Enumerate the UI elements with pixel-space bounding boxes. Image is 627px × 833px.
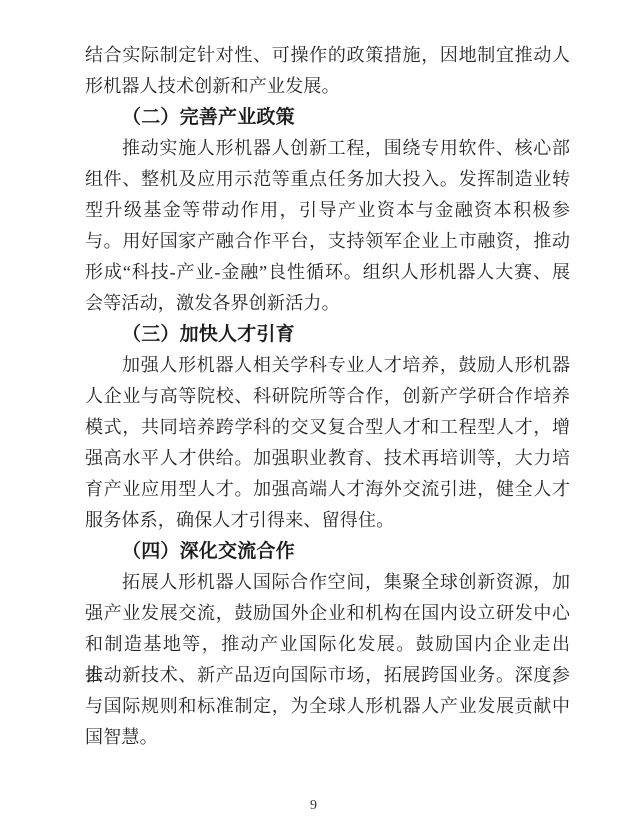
section-heading: （二）完善产业政策 <box>85 102 570 133</box>
section-heading: （三）加快人才引育 <box>85 319 570 350</box>
body-line: 强产业发展交流，鼓励国外企业和机构在国内设立研发中心 <box>85 598 570 629</box>
body-line: 推动实施人形机器人创新工程，围绕专用软件、核心部 <box>85 133 570 164</box>
body-line: 模式，共同培养跨学科的交叉复合型人才和工程型人才，增 <box>85 412 570 443</box>
body-line: 拓展人形机器人国际合作空间，集聚全球创新资源，加 <box>85 567 570 598</box>
page-number: 9 <box>0 798 627 814</box>
body-line: 与国际规则和标准制定，为全球人形机器人产业发展贡献中 <box>85 691 570 722</box>
body-line: 加强人形机器人相关学科专业人才培养，鼓励人形机器 <box>85 350 570 381</box>
body-line: 结合实际制定针对性、可操作的政策措施，因地制宜推动人 <box>85 40 570 71</box>
body-line: 形机器人技术创新和产业发展。 <box>85 71 570 102</box>
body-line: 会等活动，激发各界创新活力。 <box>85 288 570 319</box>
body-line: 强高水平人才供给。加强职业教育、技术再培训等，大力培 <box>85 443 570 474</box>
body-line: 组件、整机及应用示范等重点任务加大投入。发挥制造业转 <box>85 164 570 195</box>
body-line: 人企业与高等院校、科研院所等合作，创新产学研合作培养 <box>85 381 570 412</box>
body-line: 国智慧。 <box>85 722 570 753</box>
body-line: 与。用好国家产融合作平台，支持领军企业上市融资，推动 <box>85 226 570 257</box>
document-page: 结合实际制定针对性、可操作的政策措施，因地制宜推动人形机器人技术创新和产业发展。… <box>0 0 627 833</box>
body-line: 形成“科技-产业-金融”良性循环。组织人形机器人大赛、展 <box>85 257 570 288</box>
section-heading: （四）深化交流合作 <box>85 536 570 567</box>
body-line: 推动新技术、新产品迈向国际市场，拓展跨国业务。深度参 <box>85 660 570 691</box>
text-block: 结合实际制定针对性、可操作的政策措施，因地制宜推动人形机器人技术创新和产业发展。… <box>85 40 570 753</box>
body-line: 服务体系，确保人才引得来、留得住。 <box>85 505 570 536</box>
body-line: 和制造基地等，推动产业国际化发展。鼓励国内企业走出去， <box>85 629 570 660</box>
body-line: 型升级基金等带动作用，引导产业资本与金融资本积极参 <box>85 195 570 226</box>
body-line: 育产业应用型人才。加强高端人才海外交流引进，健全人才 <box>85 474 570 505</box>
